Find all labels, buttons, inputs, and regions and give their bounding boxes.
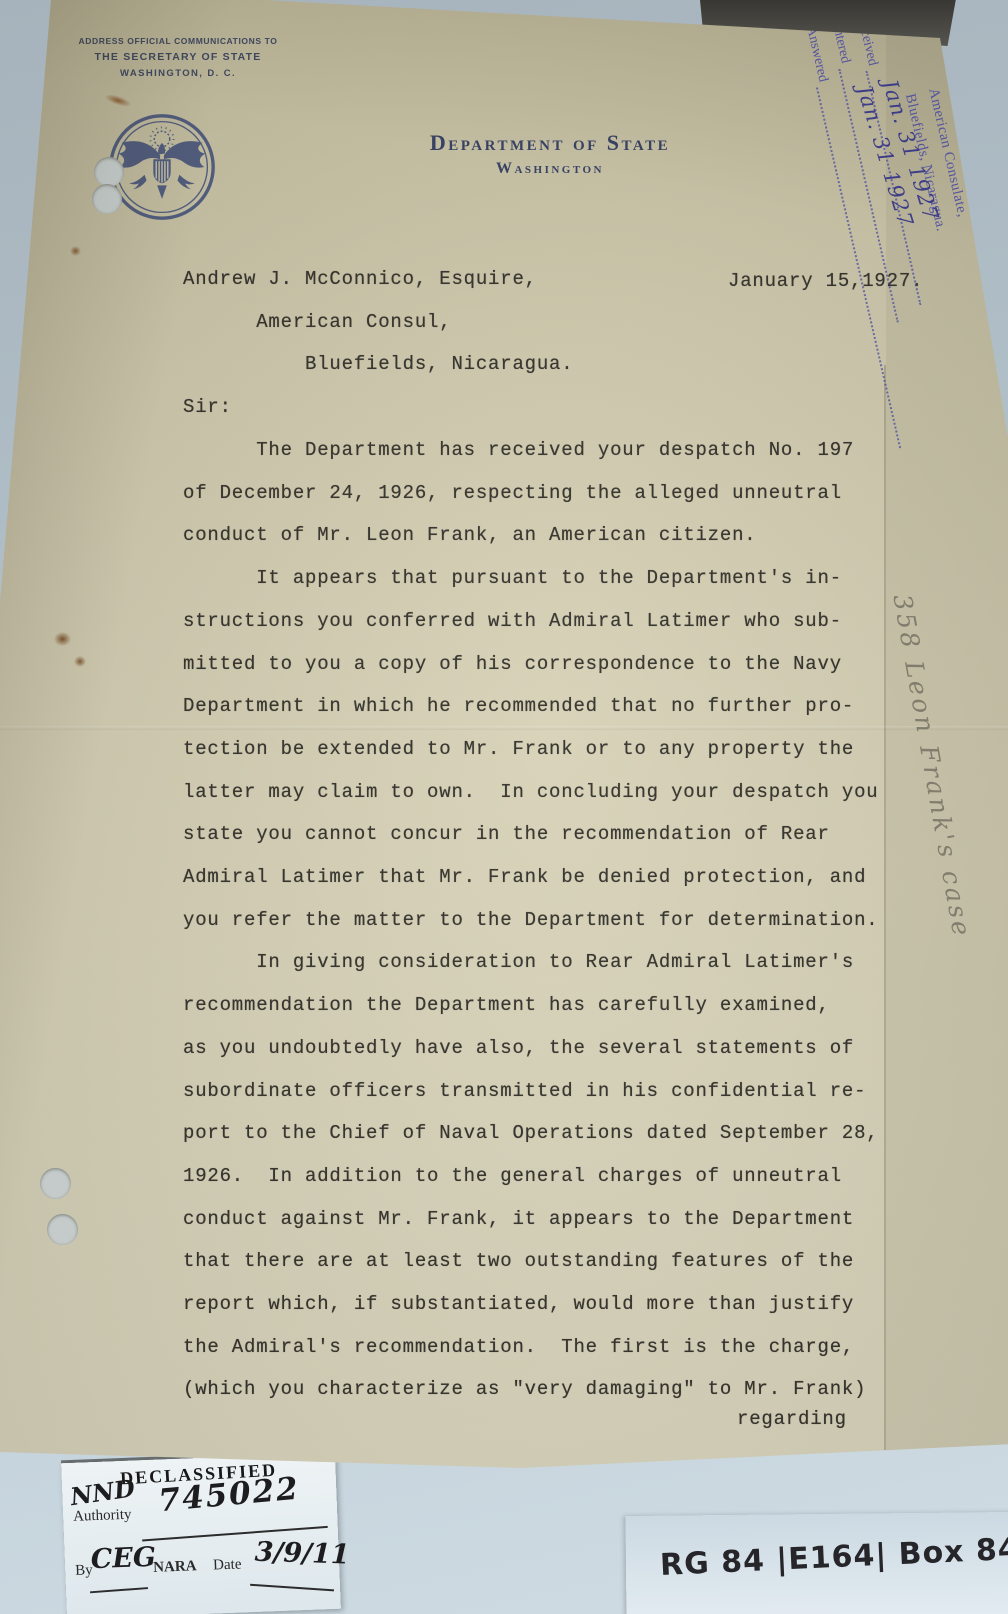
letter-page: ADDRESS OFFICIAL COMMUNICATIONS TO THE S…: [0, 0, 1008, 1614]
rust-stain: [74, 656, 86, 667]
rust-stain: [103, 92, 132, 109]
date-underline: [250, 1584, 334, 1592]
stamp-answered-label: Answered: [802, 25, 831, 88]
punch-hole: [40, 1168, 71, 1199]
scanned-letter-photo: ADDRESS OFFICIAL COMMUNICATIONS TO THE S…: [0, 0, 1008, 1614]
letter-body: The Department has received your despatc…: [183, 429, 903, 1411]
letterhead-instruction-block: ADDRESS OFFICIAL COMMUNICATIONS TO THE S…: [72, 36, 284, 79]
continuation-word: regarding: [737, 1398, 847, 1441]
nara-label: NARA: [153, 1558, 197, 1577]
letterhead-instruction-line3: WASHINGTON, D. C.: [72, 68, 284, 79]
archive-reference-strip: RG 84 |E164| Box 84: [625, 1512, 1008, 1614]
letterhead-instruction-line1: ADDRESS OFFICIAL COMMUNICATIONS TO: [72, 36, 284, 46]
archive-reference-handwriting: RG 84 |E164| Box 84: [659, 1532, 1008, 1583]
punch-hole: [94, 157, 124, 187]
by-handwriting: CEG: [90, 1542, 156, 1575]
punch-hole: [47, 1214, 78, 1245]
department-city: Washington: [330, 160, 770, 178]
punch-hole: [92, 184, 122, 214]
recipient-address: Andrew J. McConnico, Esquire, American C…: [183, 258, 573, 386]
rust-stain: [70, 246, 81, 256]
letterhead-title-block: Department of State Washington: [330, 130, 770, 178]
by-underline: [90, 1587, 148, 1593]
department-title: Department of State: [330, 130, 770, 156]
salutation: Sir:: [183, 386, 232, 429]
date-label: Date: [213, 1556, 242, 1574]
rust-stain: [54, 632, 71, 646]
date-handwriting: 3/9/11: [254, 1537, 350, 1571]
declassified-stamp-card: DECLASSIFIED Authority NND 745022 By CEG…: [61, 1453, 341, 1614]
letterhead-instruction-line2: THE SECRETARY OF STATE: [72, 51, 284, 63]
